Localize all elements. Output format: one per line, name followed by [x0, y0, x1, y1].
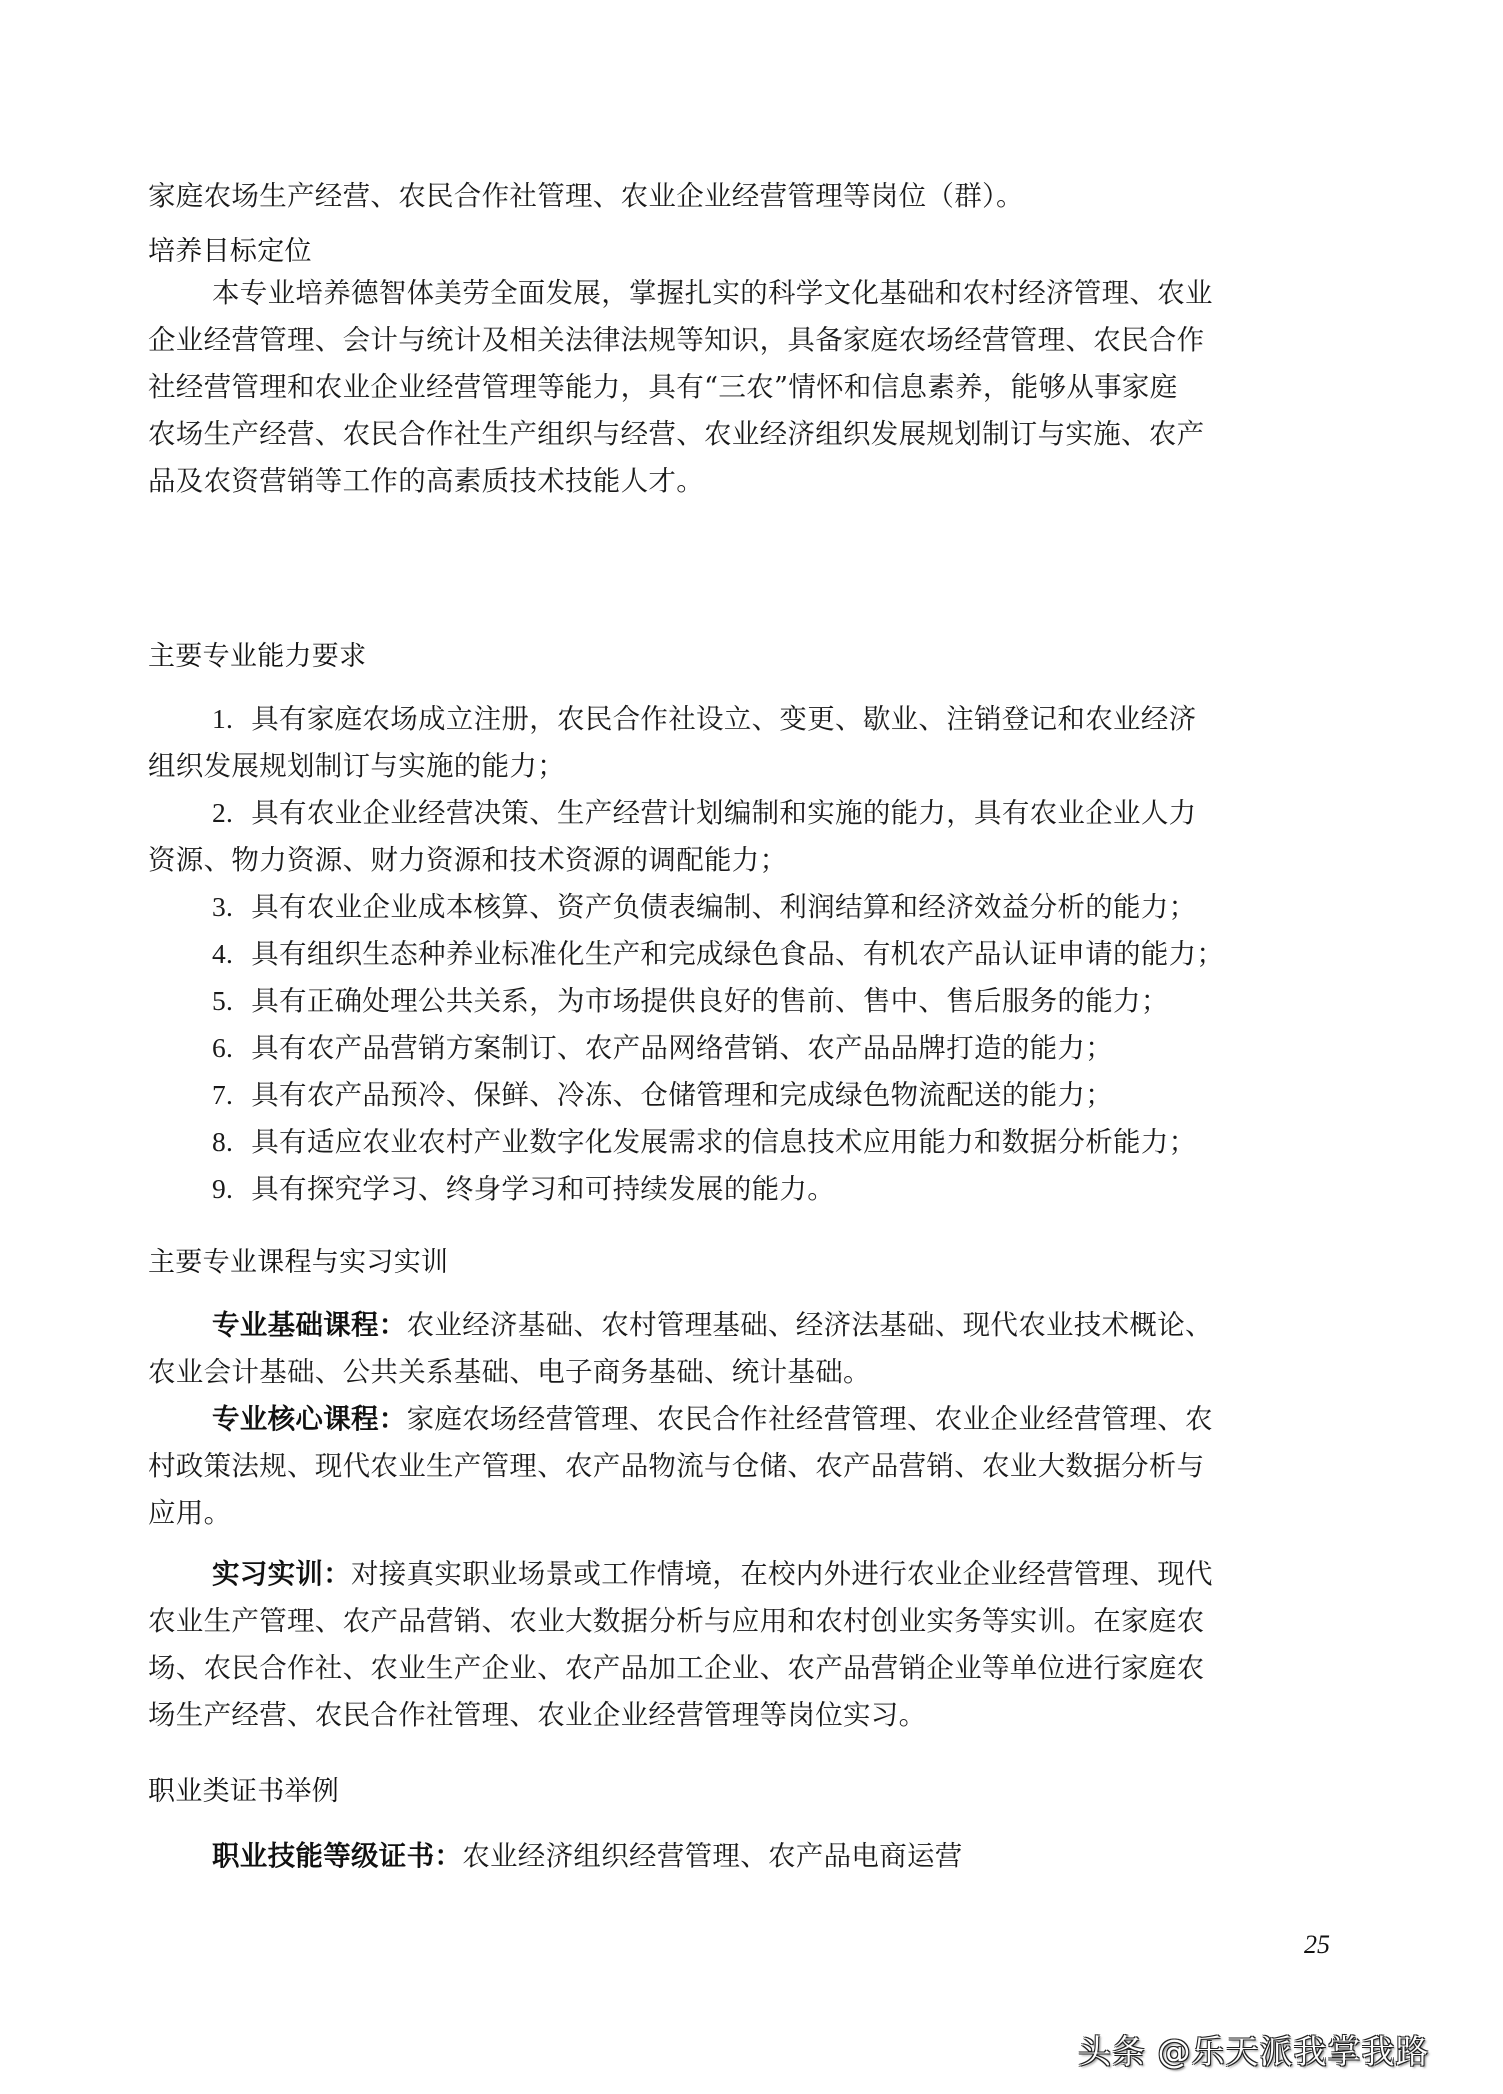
core-courses-text: 家庭农场经营管理、农民合作社经营管理、农业企业经营管理、农	[407, 1403, 1213, 1435]
goal-paragraph-line: 社经营管理和农业企业经营管理等能力，具有“三农”情怀和信息素养，能够从事家庭	[148, 367, 1178, 407]
ability-item-1: 1.具有家庭农场成立注册，农民合作社设立、变更、歇业、注销登记和农业经济	[212, 699, 1196, 739]
ability-number: 3.	[212, 891, 233, 922]
ability-item-5: 5.具有正确处理公共关系，为市场提供良好的售前、售中、售后服务的能力；	[212, 981, 1169, 1021]
ability-text: 具有适应农业农村产业数字化发展需求的信息技术应用能力和数据分析能力；	[251, 1126, 1196, 1158]
internship-continued: 场、农民合作社、农业生产企业、农产品加工企业、农产品营销企业等单位进行家庭农	[148, 1648, 1204, 1688]
section-heading-abilities: 主要专业能力要求	[148, 637, 366, 677]
certificates-paragraph: 职业技能等级证书：农业经济组织经营管理、农产品电商运营	[212, 1836, 963, 1876]
internship-text: 对接真实职业场景或工作情境，在校内外进行农业企业经营管理、现代	[351, 1558, 1213, 1590]
ability-item-2-continued: 资源、物力资源、财力资源和技术资源的调配能力；	[148, 840, 787, 880]
internship-continued: 农业生产管理、农产品营销、农业大数据分析与应用和农村创业实务等实训。在家庭农	[148, 1601, 1204, 1641]
section-heading-courses: 主要专业课程与实习实训	[148, 1243, 448, 1283]
ability-text: 具有家庭农场成立注册，农民合作社设立、变更、歇业、注销登记和农业经济	[251, 703, 1196, 735]
goal-paragraph-line: 企业经营管理、会计与统计及相关法律法规等知识，具备家庭农场经营管理、农民合作	[148, 320, 1204, 360]
page-number: 25	[1304, 1930, 1330, 1960]
core-courses-label: 专业核心课程：	[212, 1403, 407, 1435]
ability-text: 具有组织生态种养业标准化生产和完成绿色食品、有机农产品认证申请的能力；	[251, 938, 1224, 970]
ability-number: 9.	[212, 1173, 233, 1204]
ability-item-9: 9.具有探究学习、终身学习和可持续发展的能力。	[212, 1169, 835, 1209]
goal-paragraph-line: 农场生产经营、农民合作社生产组织与经营、农业经济组织发展规划制订与实施、农产	[148, 414, 1204, 454]
core-courses-paragraph: 专业核心课程：家庭农场经营管理、农民合作社经营管理、农业企业经营管理、农	[212, 1399, 1213, 1439]
ability-text: 具有正确处理公共关系，为市场提供良好的售前、售中、售后服务的能力；	[251, 985, 1168, 1017]
basic-courses-paragraph: 专业基础课程：农业经济基础、农村管理基础、经济法基础、现代农业技术概论、	[212, 1305, 1213, 1345]
ability-number: 5.	[212, 985, 233, 1016]
watermark: 头条 @乐天派我掌我路	[1078, 2026, 1430, 2073]
internship-paragraph: 实习实训：对接真实职业场景或工作情境，在校内外进行农业企业经营管理、现代	[212, 1554, 1213, 1594]
continuation-paragraph: 家庭农场生产经营、农民合作社管理、农业企业经营管理等岗位（群）。	[148, 176, 1024, 216]
basic-courses-text: 农业经济基础、农村管理基础、经济法基础、现代农业技术概论、	[407, 1309, 1213, 1341]
ability-text: 具有探究学习、终身学习和可持续发展的能力。	[251, 1173, 835, 1205]
goal-paragraph-line: 本专业培养德智体美劳全面发展，掌握扎实的科学文化基础和农村经济管理、农业	[212, 273, 1213, 313]
ability-text: 具有农业企业成本核算、资产负债表编制、利润结算和经济效益分析的能力；	[251, 891, 1196, 923]
ability-number: 4.	[212, 938, 233, 969]
ability-item-3: 3.具有农业企业成本核算、资产负债表编制、利润结算和经济效益分析的能力；	[212, 887, 1196, 927]
ability-item-6: 6.具有农产品营销方案制订、农产品网络营销、农产品品牌打造的能力；	[212, 1028, 1113, 1068]
core-courses-continued: 应用。	[148, 1493, 231, 1533]
ability-item-8: 8.具有适应农业农村产业数字化发展需求的信息技术应用能力和数据分析能力；	[212, 1122, 1196, 1162]
internship-continued: 场生产经营、农民合作社管理、农业企业经营管理等岗位实习。	[148, 1695, 926, 1735]
ability-number: 1.	[212, 703, 233, 734]
goal-paragraph-line: 品及农资营销等工作的高素质技术技能人才。	[148, 461, 704, 501]
ability-number: 2.	[212, 797, 233, 828]
core-courses-continued: 村政策法规、现代农业生产管理、农产品物流与仓储、农产品营销、农业大数据分析与	[148, 1446, 1204, 1486]
ability-text: 具有农业企业经营决策、生产经营计划编制和实施的能力，具有农业企业人力	[251, 797, 1196, 829]
certificates-text: 农业经济组织经营管理、农产品电商运营	[462, 1840, 962, 1872]
ability-text: 具有农产品营销方案制订、农产品网络营销、农产品品牌打造的能力；	[251, 1032, 1113, 1064]
ability-item-1-continued: 组织发展规划制订与实施的能力；	[148, 746, 565, 786]
ability-number: 7.	[212, 1079, 233, 1110]
ability-item-7: 7.具有农产品预冷、保鲜、冷冻、仓储管理和完成绿色物流配送的能力；	[212, 1075, 1113, 1115]
basic-courses-label: 专业基础课程：	[212, 1309, 407, 1341]
internship-label: 实习实训：	[212, 1558, 351, 1590]
ability-number: 6.	[212, 1032, 233, 1063]
ability-item-4: 4.具有组织生态种养业标准化生产和完成绿色食品、有机农产品认证申请的能力；	[212, 934, 1224, 974]
ability-number: 8.	[212, 1126, 233, 1157]
basic-courses-continued: 农业会计基础、公共关系基础、电子商务基础、统计基础。	[148, 1352, 871, 1392]
certificates-label: 职业技能等级证书：	[212, 1840, 462, 1872]
ability-item-2: 2.具有农业企业经营决策、生产经营计划编制和实施的能力，具有农业企业人力	[212, 793, 1196, 833]
ability-text: 具有农产品预冷、保鲜、冷冻、仓储管理和完成绿色物流配送的能力；	[251, 1079, 1113, 1111]
section-heading-goal: 培养目标定位	[148, 232, 312, 272]
section-heading-certificates: 职业类证书举例	[148, 1772, 339, 1812]
